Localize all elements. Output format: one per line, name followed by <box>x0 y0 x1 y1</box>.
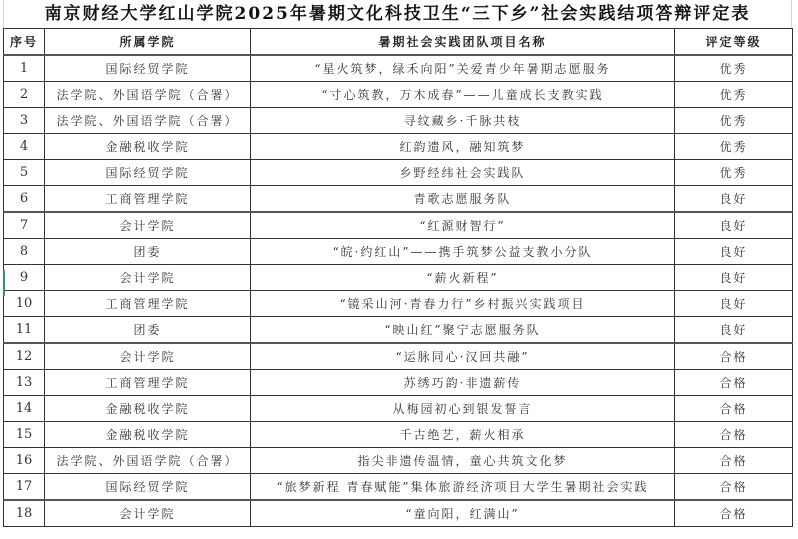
cell-no[interactable]: 15 <box>4 422 45 448</box>
cell-no[interactable]: 2 <box>4 82 45 108</box>
cell-college[interactable]: 金融税收学院 <box>45 396 251 422</box>
cell-project[interactable]: “星火筑梦，绿禾向阳”关爱青少年暑期志愿服务 <box>251 55 675 82</box>
cell-project[interactable]: 从梅园初心到银发誓言 <box>251 396 675 422</box>
cell-no[interactable]: 13 <box>4 370 45 396</box>
cell-college[interactable]: 法学院、外国语学院（合署） <box>45 108 251 134</box>
cell-college[interactable]: 会计学院 <box>45 212 251 239</box>
table-row: 10 工商管理学院 “镜采山河·青春力行”乡村振兴实践项目 良好 <box>4 291 793 317</box>
table-row: 4 金融税收学院 红韵遗风，融知筑梦 优秀 <box>4 134 793 160</box>
cell-college[interactable]: 团委 <box>45 317 251 344</box>
cell-college[interactable]: 会计学院 <box>45 343 251 370</box>
table-row: 15 金融税收学院 千古绝艺，薪火相承 合格 <box>4 422 793 448</box>
cell-grade[interactable]: 合格 <box>675 396 793 422</box>
spreadsheet: 南京财经大学红山学院2025年暑期文化科技卫生“三下乡”社会实践结项答辩评定表 … <box>3 0 792 527</box>
cell-college[interactable]: 国际经贸学院 <box>45 160 251 186</box>
cell-grade[interactable]: 良好 <box>675 291 793 317</box>
cell-project[interactable]: “运脉同心·汉回共融” <box>251 343 675 370</box>
cell-no[interactable]: 5 <box>4 160 45 186</box>
table-row: 11 团委 “映山红”聚宁志愿服务队 良好 <box>4 317 793 344</box>
table-row: 14 金融税收学院 从梅园初心到银发誓言 合格 <box>4 396 793 422</box>
cell-college[interactable]: 团委 <box>45 239 251 265</box>
cell-grade[interactable]: 合格 <box>675 343 793 370</box>
cell-grade[interactable]: 良好 <box>675 186 793 213</box>
cell-project[interactable]: “映山红”聚宁志愿服务队 <box>251 317 675 344</box>
header-project[interactable]: 暑期社会实践团队项目名称 <box>251 29 675 56</box>
cell-no[interactable]: 6 <box>4 186 45 213</box>
cell-project[interactable]: 千古绝艺，薪火相承 <box>251 422 675 448</box>
table-row: 17 国际经贸学院 “旅梦新程 青春赋能”集体旅游经济项目大学生暑期社会实践 合… <box>4 474 793 501</box>
cell-project[interactable]: 青歌志愿服务队 <box>251 186 675 213</box>
table-row: 18 会计学院 “童向阳，红满山” 合格 <box>4 500 793 527</box>
cell-project[interactable]: “旅梦新程 青春赋能”集体旅游经济项目大学生暑期社会实践 <box>251 474 675 501</box>
table-row: 6 工商管理学院 青歌志愿服务队 良好 <box>4 186 793 213</box>
row-selection-marker <box>3 270 5 296</box>
cell-no[interactable]: 3 <box>4 108 45 134</box>
table-row: 1 国际经贸学院 “星火筑梦，绿禾向阳”关爱青少年暑期志愿服务 优秀 <box>4 55 793 82</box>
cell-no[interactable]: 11 <box>4 317 45 344</box>
cell-grade[interactable]: 优秀 <box>675 55 793 82</box>
cell-project[interactable]: “薪火新程” <box>251 265 675 291</box>
table-row: 16 法学院、外国语学院（合署） 指尖非遗传温情，童心共筑文化梦 合格 <box>4 448 793 474</box>
cell-college[interactable]: 法学院、外国语学院（合署） <box>45 448 251 474</box>
cell-grade[interactable]: 合格 <box>675 370 793 396</box>
cell-grade[interactable]: 优秀 <box>675 160 793 186</box>
cell-grade[interactable]: 良好 <box>675 317 793 344</box>
header-grade[interactable]: 评定等级 <box>675 29 793 56</box>
cell-grade[interactable]: 良好 <box>675 212 793 239</box>
evaluation-table: 序号 所属学院 暑期社会实践团队项目名称 评定等级 1 国际经贸学院 “星火筑梦… <box>3 28 793 527</box>
table-row: 5 国际经贸学院 乡野经纬社会实践队 优秀 <box>4 160 793 186</box>
cell-no[interactable]: 9 <box>4 265 45 291</box>
cell-college[interactable]: 金融税收学院 <box>45 422 251 448</box>
cell-project[interactable]: 苏绣巧韵·非遗薪传 <box>251 370 675 396</box>
table-row: 7 会计学院 “红源财智行” 良好 <box>4 212 793 239</box>
cell-college[interactable]: 会计学院 <box>45 500 251 527</box>
cell-no[interactable]: 10 <box>4 291 45 317</box>
cell-grade[interactable]: 优秀 <box>675 82 793 108</box>
cell-college[interactable]: 会计学院 <box>45 265 251 291</box>
cell-college[interactable]: 工商管理学院 <box>45 370 251 396</box>
header-no[interactable]: 序号 <box>4 29 45 56</box>
table-row: 3 法学院、外国语学院（合署） 寻纹藏乡·千脉共枝 优秀 <box>4 108 793 134</box>
cell-college[interactable]: 法学院、外国语学院（合署） <box>45 82 251 108</box>
cell-no[interactable]: 1 <box>4 55 45 82</box>
cell-project[interactable]: “童向阳，红满山” <box>251 500 675 527</box>
cell-no[interactable]: 16 <box>4 448 45 474</box>
cell-college[interactable]: 国际经贸学院 <box>45 55 251 82</box>
cell-grade[interactable]: 优秀 <box>675 134 793 160</box>
cell-no[interactable]: 8 <box>4 239 45 265</box>
sheet-title[interactable]: 南京财经大学红山学院2025年暑期文化科技卫生“三下乡”社会实践结项答辩评定表 <box>3 0 792 28</box>
cell-no[interactable]: 17 <box>4 474 45 501</box>
cell-grade[interactable]: 良好 <box>675 239 793 265</box>
cell-no[interactable]: 12 <box>4 343 45 370</box>
cell-grade[interactable]: 合格 <box>675 448 793 474</box>
header-row: 序号 所属学院 暑期社会实践团队项目名称 评定等级 <box>4 29 793 56</box>
cell-project[interactable]: 乡野经纬社会实践队 <box>251 160 675 186</box>
table-row: 8 团委 “皖·约红山”——携手筑梦公益支教小分队 良好 <box>4 239 793 265</box>
cell-no[interactable]: 7 <box>4 212 45 239</box>
cell-no[interactable]: 14 <box>4 396 45 422</box>
table-row: 13 工商管理学院 苏绣巧韵·非遗薪传 合格 <box>4 370 793 396</box>
cell-project[interactable]: “皖·约红山”——携手筑梦公益支教小分队 <box>251 239 675 265</box>
cell-grade[interactable]: 合格 <box>675 422 793 448</box>
cell-project[interactable]: “镜采山河·青春力行”乡村振兴实践项目 <box>251 291 675 317</box>
cell-college[interactable]: 工商管理学院 <box>45 186 251 213</box>
cell-project[interactable]: 寻纹藏乡·千脉共枝 <box>251 108 675 134</box>
cell-no[interactable]: 18 <box>4 500 45 527</box>
table-row: 2 法学院、外国语学院（合署） “寸心筑教，万木成春”——儿童成长支教实践 优秀 <box>4 82 793 108</box>
cell-grade[interactable]: 合格 <box>675 500 793 527</box>
cell-project[interactable]: 红韵遗风，融知筑梦 <box>251 134 675 160</box>
cell-grade[interactable]: 合格 <box>675 474 793 501</box>
header-college[interactable]: 所属学院 <box>45 29 251 56</box>
cell-college[interactable]: 国际经贸学院 <box>45 474 251 501</box>
table-row: 9 会计学院 “薪火新程” 良好 <box>4 265 793 291</box>
cell-grade[interactable]: 优秀 <box>675 108 793 134</box>
cell-college[interactable]: 金融税收学院 <box>45 134 251 160</box>
cell-project[interactable]: “寸心筑教，万木成春”——儿童成长支教实践 <box>251 82 675 108</box>
cell-college[interactable]: 工商管理学院 <box>45 291 251 317</box>
cell-grade[interactable]: 良好 <box>675 265 793 291</box>
cell-project[interactable]: “红源财智行” <box>251 212 675 239</box>
cell-no[interactable]: 4 <box>4 134 45 160</box>
table-row: 12 会计学院 “运脉同心·汉回共融” 合格 <box>4 343 793 370</box>
cell-project[interactable]: 指尖非遗传温情，童心共筑文化梦 <box>251 448 675 474</box>
